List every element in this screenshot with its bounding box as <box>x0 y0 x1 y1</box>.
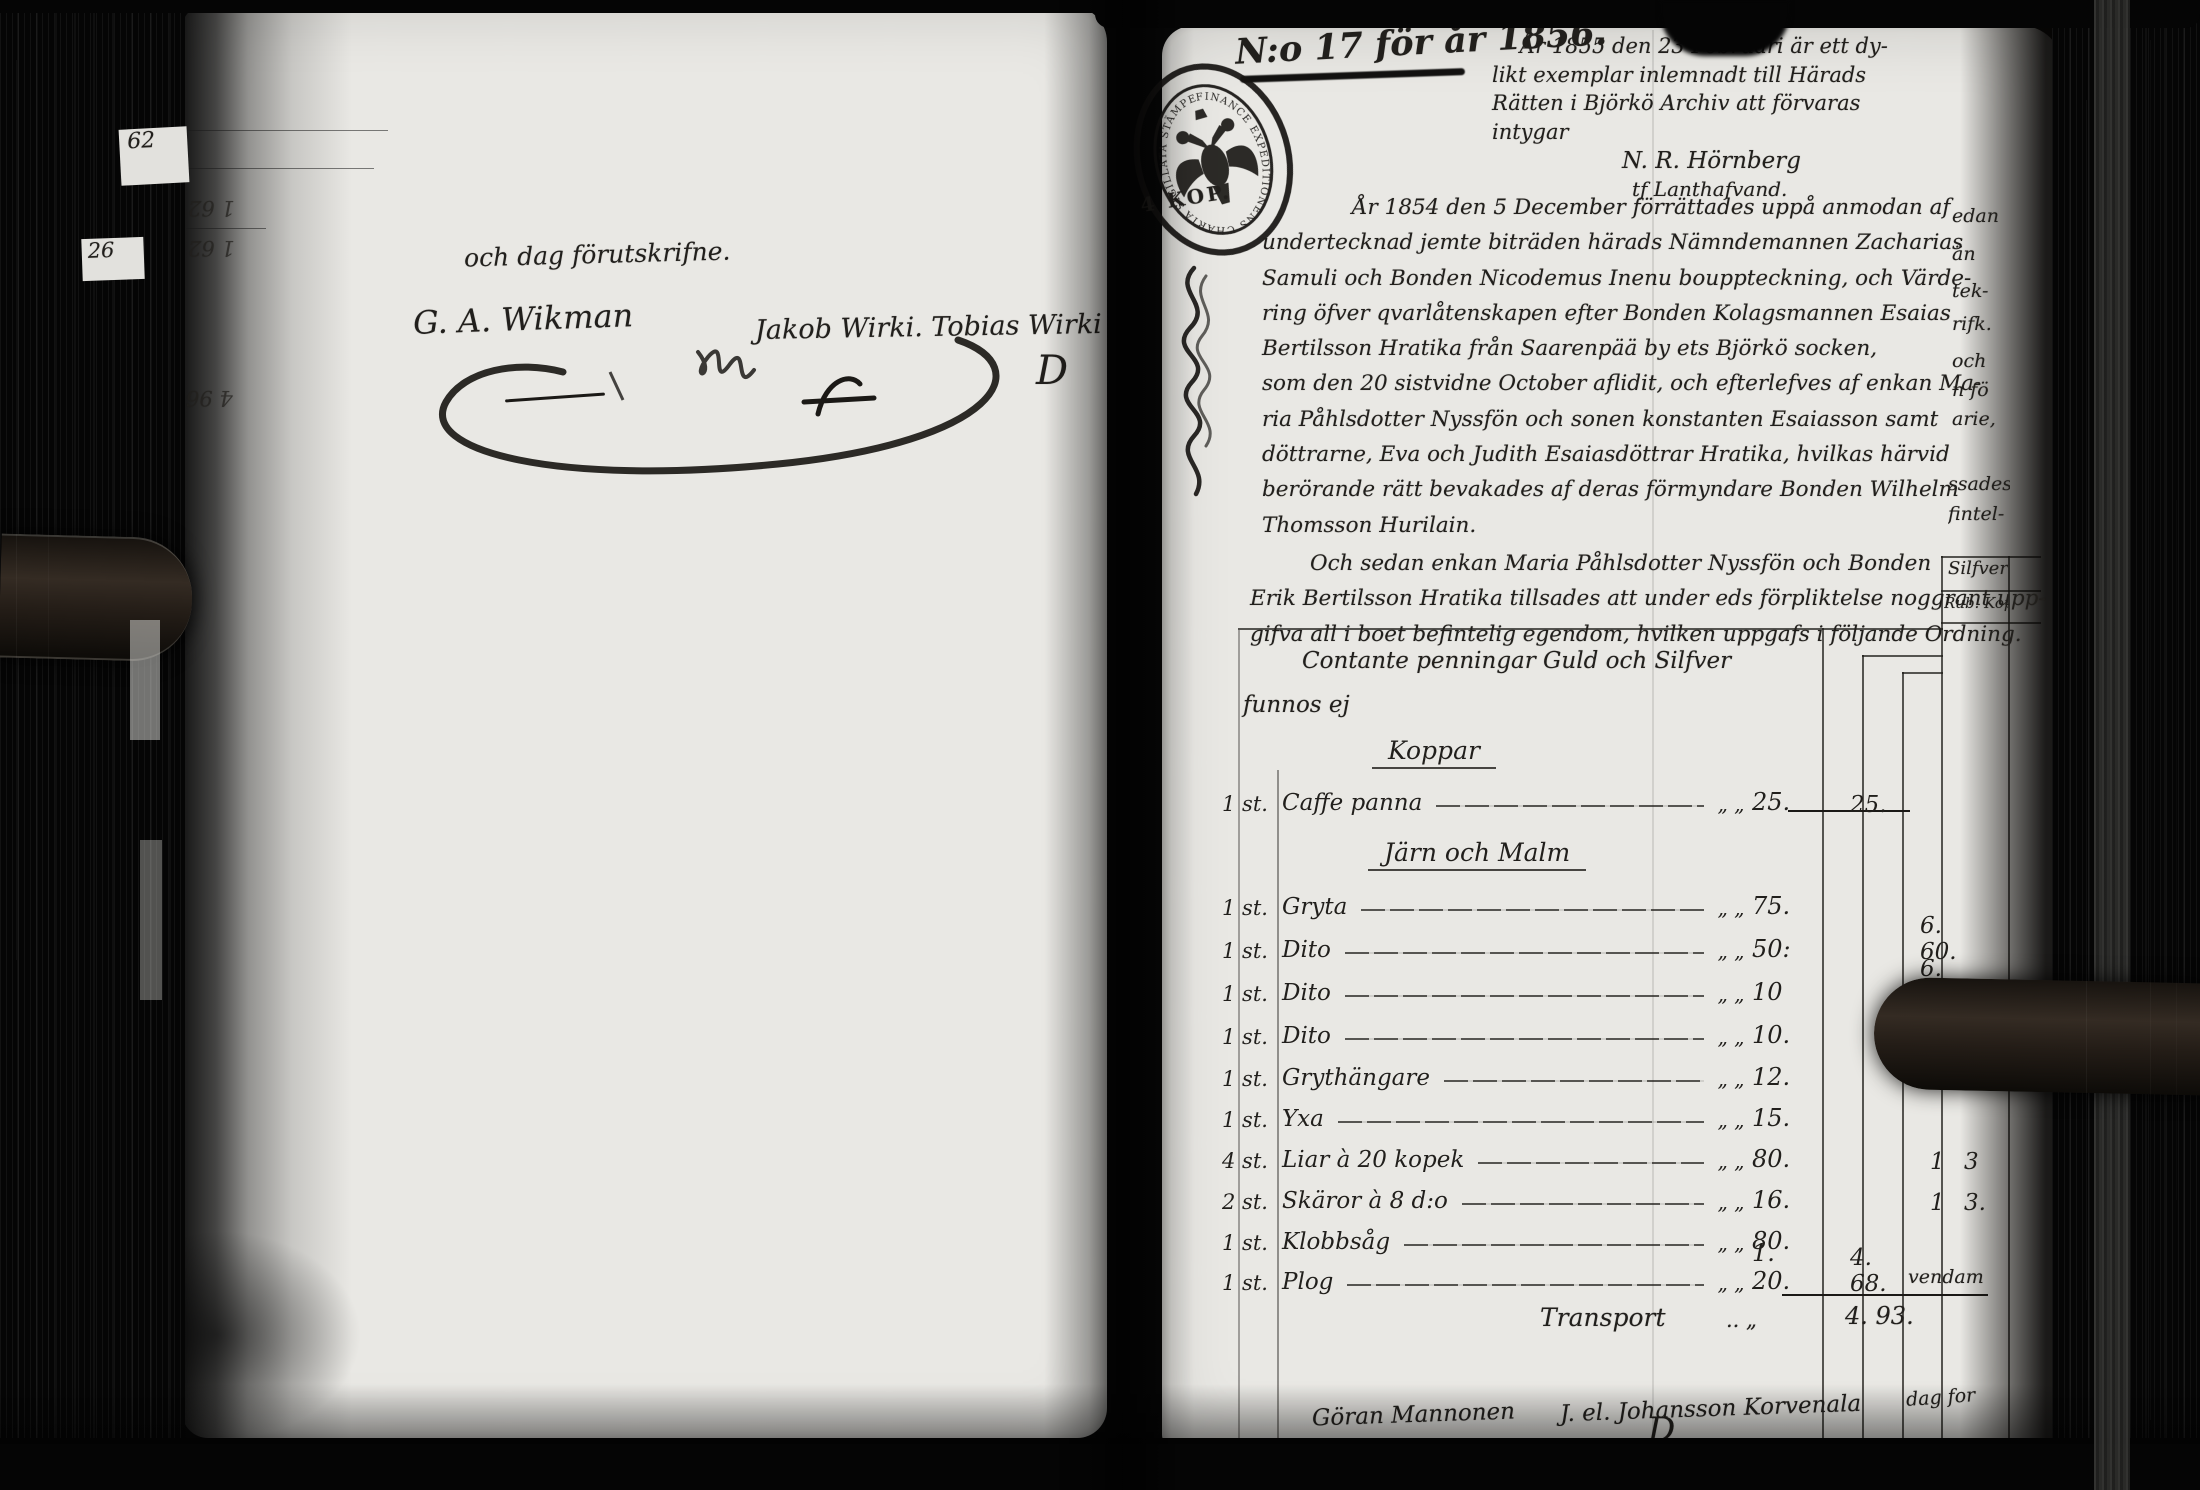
table-rule <box>1862 655 1943 657</box>
filing-note: År 1855 den 23 Februari är ett dy- likt … <box>1492 32 1962 203</box>
inventory-row: 1 st.Caffe panna„ „25. 25. <box>1222 782 1812 816</box>
row-quantity: 1 st. <box>1222 939 1278 963</box>
margin-fragment: arie, <box>1952 408 2010 430</box>
edge-number: 1 62 <box>188 236 235 260</box>
leader-line <box>1404 1244 1704 1246</box>
inventory-intro-1: Contante penningar Guld och Silfver <box>1302 648 1731 674</box>
filing-note-line: likt exemplar inlemnadt till Härads <box>1492 61 1962 90</box>
row-quantity: 1 st. <box>1222 1108 1278 1132</box>
margin-fragment: edan <box>1952 205 2010 227</box>
row-kopek: 15. <box>1752 1104 1812 1132</box>
book-clasp-left <box>0 534 194 663</box>
house-mark-cross <box>796 368 886 422</box>
margin-fragment: tek- <box>1952 280 2010 302</box>
inventory-row: 1 st.Dito„ „50: 6. 60. <box>1222 929 1812 963</box>
page-edge-sliver <box>130 620 160 740</box>
row-item: Caffe panna <box>1278 790 1426 816</box>
ruled-line-fragment <box>186 130 388 131</box>
margin-fragment: rifk. <box>1952 313 2010 335</box>
transport-label: Transport <box>1540 1303 1666 1332</box>
row-item: Dito <box>1278 1023 1335 1049</box>
body-line: Samuli och Bonden Nicodemus Inenu bouppt… <box>1262 261 1962 296</box>
row-item: Dito <box>1278 937 1335 963</box>
row-item: Yxa <box>1278 1106 1328 1132</box>
row-kopek: 12. <box>1752 1063 1812 1091</box>
row-kopek: 75. <box>1752 892 1812 920</box>
row-kopek: 25. <box>1752 788 1812 816</box>
section-heading-jarn: Järn och Malm <box>1368 838 1586 871</box>
ditto-marks: „ „ <box>1710 1190 1752 1214</box>
row-far1: 1 <box>1930 1149 1945 1175</box>
row-kopek: 16. <box>1752 1186 1812 1214</box>
signature-flourish <box>398 322 1038 497</box>
inventory-row: 1 st.Dito„ „10 6. 60. <box>1222 972 1812 1006</box>
ditto-marks: „ „ <box>1710 896 1752 920</box>
row-quantity: 4 st. <box>1222 1149 1278 1173</box>
margin-fragment: n fö <box>1952 379 2010 401</box>
row-item: Skäror à 8 d:o <box>1278 1188 1452 1214</box>
ditto-marks: „ „ <box>1710 1271 1752 1295</box>
page-edge-sliver <box>140 840 162 1000</box>
body-line: Och sedan enkan Maria Påhlsdotter Nyssfö… <box>1250 546 1965 581</box>
row-quantity: 1 st. <box>1222 1271 1278 1295</box>
ruled-line-fragment <box>186 168 374 169</box>
inventory-row: 1 st.Gryta„ „75. <box>1222 886 1812 920</box>
row-far2: 3. <box>1964 1190 1986 1216</box>
row-far1: 1 <box>1930 1190 1945 1216</box>
row-quantity: 1 st. <box>1222 1231 1278 1255</box>
inventory-row: 1 st.Dito„ „10. <box>1222 1015 1812 1049</box>
body-line: ring öfver qvarlåtenskapen efter Bonden … <box>1262 296 1962 331</box>
leader-line <box>1444 1080 1704 1082</box>
row-quantity: 1 st. <box>1222 1025 1278 1049</box>
margin-scrawl: vendam <box>1908 1266 1988 1288</box>
table-rule <box>1822 628 1824 1445</box>
leader-line <box>1345 1038 1704 1040</box>
book-gutter <box>1044 0 1194 1490</box>
body-line: döttrarne, Eva och Judith Esaiasdöttrar … <box>1262 437 1962 472</box>
ditto-marks: „ „ <box>1710 792 1752 816</box>
inventory-row: 1 st.Klobbsåg„ „80. <box>1222 1221 1812 1255</box>
leader-line <box>1338 1121 1704 1123</box>
ruled-line-fragment <box>186 228 266 229</box>
margin-fragment: ssades <box>1948 473 2010 495</box>
row-far2: 3 <box>1964 1149 1979 1175</box>
page-edge-sliver: 62 <box>119 126 190 185</box>
left-page-edge-shading <box>182 6 412 1438</box>
scratch-line <box>48 300 49 1400</box>
edge-sliver-number: 26 <box>87 238 115 263</box>
inventory-row: 2 st.Skäror à 8 d:o„ „16. 13. <box>1222 1180 1812 1214</box>
inventory-intro-2: funnos ej <box>1243 692 1350 718</box>
edge-number: 1 62 <box>188 196 235 220</box>
page-edge-sliver: 26 <box>81 237 144 281</box>
edge-sliver-number: 62 <box>127 128 156 154</box>
column-header-units: Rub. Kop. <box>1944 594 2008 612</box>
row-kopek: 50: <box>1752 935 1812 963</box>
scratch-line <box>2086 100 2087 1300</box>
body-paragraph-1: År 1854 den 5 December förrättades uppå … <box>1262 190 1962 543</box>
margin-fragment: och <box>1952 350 2010 372</box>
left-binding-edge <box>0 0 185 1490</box>
ditto-marks: „ „ <box>1710 939 1752 963</box>
inventory-row: 1 st.Plog„ „1. 20. 4. 68. <box>1222 1261 1812 1295</box>
row-quantity: 1 st. <box>1222 792 1278 816</box>
row-item: Plog <box>1278 1269 1337 1295</box>
leader-line <box>1478 1162 1704 1164</box>
ditto-marks: „ „ <box>1710 1231 1752 1255</box>
book-scan: 1 62 1 62 4 96 och dag förutskrifne. G. … <box>0 0 2200 1490</box>
table-rule <box>1902 672 1943 674</box>
corner-ink-blob <box>1660 0 1790 56</box>
row-kopek: 80. <box>1752 1145 1812 1173</box>
margin-fragment: fintel- <box>1948 503 2010 525</box>
row-item: Gryta <box>1278 894 1351 920</box>
filing-note-signature: N. R. Hörnberg <box>1622 146 1962 176</box>
edge-number: 4 96 <box>186 386 233 410</box>
ditto-marks: „ „ <box>1710 1067 1752 1091</box>
row-kopek: 10 <box>1752 978 1812 1006</box>
filing-note-line: intygar <box>1492 118 1962 147</box>
body-line: som den 20 sistvidne October aflidit, oc… <box>1262 366 1962 401</box>
body-line: berörande rätt bevakades af deras förmyn… <box>1262 472 1962 507</box>
inventory-row: 1 st.Grythängare„ „12. <box>1222 1057 1812 1091</box>
body-line: Thomsson Hurilain. <box>1262 508 1962 543</box>
row-item: Grythängare <box>1278 1065 1434 1091</box>
margin-fragment: än <box>1952 243 2010 265</box>
scratch-line <box>2176 500 2177 1200</box>
row-quantity: 1 st. <box>1222 982 1278 1006</box>
row-col2: 4. 68. <box>1850 1245 1887 1297</box>
body-line: Bertilsson Hratika från Saarenpää by ets… <box>1262 331 1962 366</box>
transport-dots: .. „ <box>1726 1308 1757 1332</box>
row-item: Dito <box>1278 980 1335 1006</box>
filing-note-line: Rätten i Björkö Archiv att förvaras <box>1492 89 1962 118</box>
page-block-edge <box>2094 0 2130 1490</box>
top-edge-right <box>1095 0 2200 28</box>
leader-line <box>1345 995 1704 997</box>
body-paragraph-2: Och sedan enkan Maria Påhlsdotter Nyssfö… <box>1250 546 1965 652</box>
body-line: gifva all i boet befintelig egendom, hvi… <box>1250 617 1965 652</box>
inventory-row: 1 st.Yxa„ „15. <box>1222 1098 1812 1132</box>
row-kopek: 1. 20. <box>1752 1239 1812 1295</box>
ditto-marks: „ „ <box>1710 1149 1752 1173</box>
leader-line <box>1436 805 1704 807</box>
body-line: undertecknad jemte biträden härads Nämnd… <box>1262 225 1962 260</box>
section-heading-koppar: Koppar <box>1372 736 1496 769</box>
row-quantity: 1 st. <box>1222 896 1278 920</box>
column-header-silver: Silfver <box>1948 558 2008 579</box>
inventory-row: 4 st.Liar à 20 kopek„ „80. 13 <box>1222 1139 1812 1173</box>
row-kopek: 10. <box>1752 1021 1812 1049</box>
scratch-line <box>16 60 17 960</box>
body-line: ria Påhlsdotter Nyssfön och sonen konsta… <box>1262 402 1962 437</box>
row-col2: 25. <box>1850 792 1887 818</box>
leader-line <box>1347 1284 1704 1286</box>
leader-line <box>1361 909 1704 911</box>
scratch-line <box>2150 40 2151 1420</box>
row-quantity: 1 st. <box>1222 1067 1278 1091</box>
row-item: Liar à 20 kopek <box>1278 1147 1468 1173</box>
ditto-marks: „ „ <box>1710 1108 1752 1132</box>
transport-value: 4. 93. <box>1845 1302 1914 1330</box>
body-line: Erik Bertilsson Hratika tillsades att un… <box>1250 581 1965 616</box>
leader-line <box>1462 1203 1704 1205</box>
row-quantity: 2 st. <box>1222 1190 1278 1214</box>
leader-line <box>1345 952 1704 954</box>
body-line: År 1854 den 5 December förrättades uppå … <box>1262 190 1962 225</box>
row-item: Klobbsåg <box>1278 1229 1394 1255</box>
ditto-marks: „ „ <box>1710 982 1752 1006</box>
ditto-marks: „ „ <box>1710 1025 1752 1049</box>
